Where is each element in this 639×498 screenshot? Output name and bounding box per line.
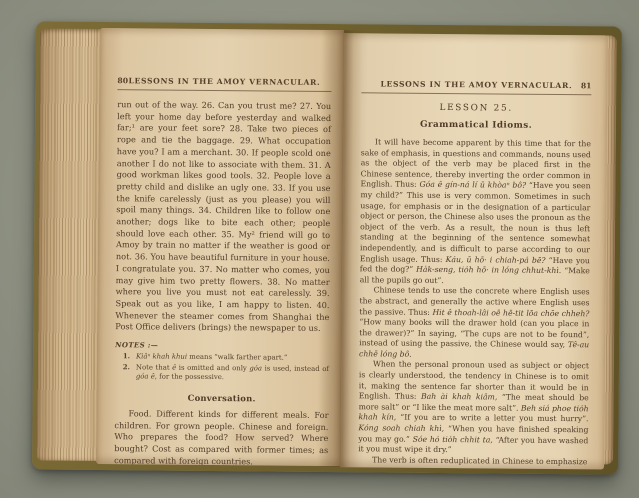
note-item: 2. Note that ê is omitted and only góa i… xyxy=(121,363,329,384)
exercise-text: run out of the way. 26. Can you trust me… xyxy=(115,99,331,335)
lesson-subheading: Grammatical Idioms. xyxy=(361,119,591,131)
left-running-header: 80 LESSONS IN THE AMOY VERNACULAR. xyxy=(117,76,331,92)
note-item: 1. Kiâⁿ khah khui means “walk farther ap… xyxy=(121,352,329,363)
note-text: Kiâⁿ khah khui means “walk farther apart… xyxy=(136,352,329,363)
notes-heading: NOTES :— xyxy=(115,340,329,351)
right-page-number: 81 xyxy=(581,81,592,90)
photo-background: 80 LESSONS IN THE AMOY VERNACULAR. run o… xyxy=(0,0,639,498)
left-page-number: 80 xyxy=(117,76,128,85)
note-number: 1. xyxy=(121,352,130,362)
conversation-text: Food. Different kinds for different meal… xyxy=(114,408,329,466)
lesson-heading: LESSON 25. xyxy=(361,102,591,114)
left-running-title: LESSONS IN THE AMOY VERNACULAR. xyxy=(128,76,320,87)
note-number: 2. xyxy=(121,363,130,382)
book: 80 LESSONS IN THE AMOY VERNACULAR. run o… xyxy=(32,21,622,474)
right-running-header: LESSONS IN THE AMOY VERNACULAR. 81 xyxy=(361,79,591,95)
conversation-heading: Conversation. xyxy=(115,392,329,404)
note-text: Note that ê is omitted and only góa is u… xyxy=(136,363,329,384)
paragraph: When the personal pronoun used as subjec… xyxy=(358,360,589,457)
paragraph: It will have become apparent by this tim… xyxy=(360,137,591,287)
left-page: 80 LESSONS IN THE AMOY VERNACULAR. run o… xyxy=(96,28,344,466)
paragraph: The verb is often reduplicated in Chines… xyxy=(358,455,588,468)
paragraph: Chinese tends to use the concrete where … xyxy=(359,286,590,362)
page-fore-edge-left xyxy=(36,28,106,461)
right-running-title: LESSONS IN THE AMOY VERNACULAR. xyxy=(380,79,572,90)
right-page: LESSONS IN THE AMOY VERNACULAR. 81 LESSO… xyxy=(340,33,608,469)
